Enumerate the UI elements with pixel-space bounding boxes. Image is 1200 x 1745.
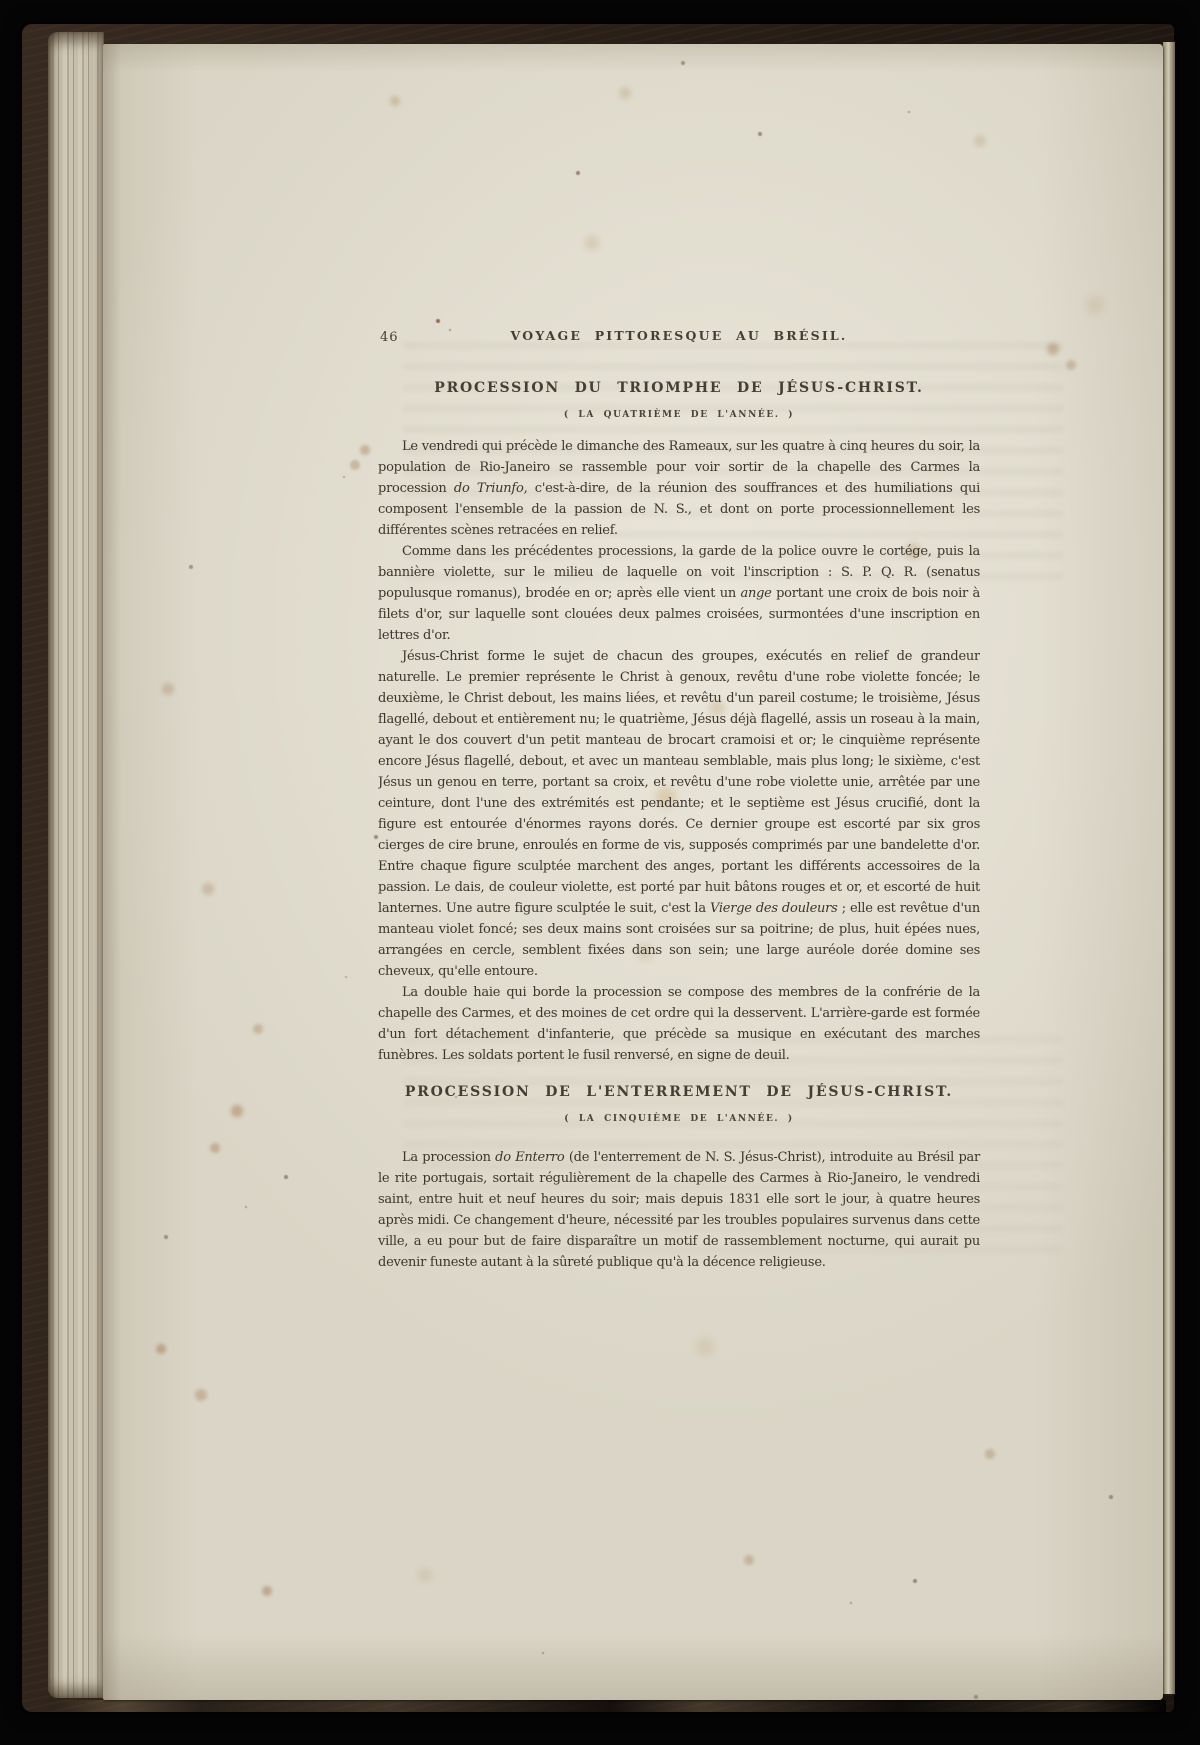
page-edges-left — [48, 32, 104, 1698]
paragraph: La double haie qui borde la procession s… — [378, 982, 980, 1066]
scan-background: { "page": { "number": "46", "running_hea… — [0, 0, 1200, 1745]
section-subtitle: ( LA QUATRIÈME DE L'ANNÉE. ) — [378, 409, 980, 421]
section-triomphe: PROCESSION DU TRIOMPHE DE JÉSUS-CHRIST. … — [378, 380, 980, 1069]
paragraph: Le cortége rentré, on repose les figures… — [378, 1066, 980, 1069]
section-paragraphs: La procession do Enterro (de l'enterreme… — [378, 1147, 980, 1273]
section-title: PROCESSION DU TRIOMPHE DE JÉSUS-CHRIST. — [378, 380, 980, 397]
section-paragraphs: Le vendredi qui précède le dimanche des … — [378, 436, 980, 1069]
paragraph: Comme dans les précédentes processions, … — [378, 541, 980, 646]
section-title: PROCESSION DE L'ENTERREMENT DE JÉSUS-CHR… — [378, 1084, 980, 1101]
paragraph: Le vendredi qui précède le dimanche des … — [378, 436, 980, 541]
section-enterrement: PROCESSION DE L'ENTERREMENT DE JÉSUS-CHR… — [378, 1084, 980, 1273]
page-edges-bottom — [56, 1700, 1166, 1712]
page-edges-right — [1163, 42, 1175, 1694]
section-subtitle: ( LA CINQUIÈME DE L'ANNÉE. ) — [378, 1113, 980, 1125]
paragraph: La procession do Enterro (de l'enterreme… — [378, 1147, 980, 1273]
page-number: 46 — [380, 330, 399, 345]
masthead: 46 VOYAGE PITTORESQUE AU BRÉSIL. — [378, 328, 980, 346]
running-header: VOYAGE PITTORESQUE AU BRÉSIL. — [378, 328, 980, 343]
page-sheet: 46 VOYAGE PITTORESQUE AU BRÉSIL. PROCESS… — [103, 44, 1163, 1700]
foxing-specks — [103, 44, 109, 50]
page-content: 46 VOYAGE PITTORESQUE AU BRÉSIL. PROCESS… — [378, 328, 980, 1273]
paragraph: Jésus-Christ forme le sujet de chacun de… — [378, 646, 980, 982]
